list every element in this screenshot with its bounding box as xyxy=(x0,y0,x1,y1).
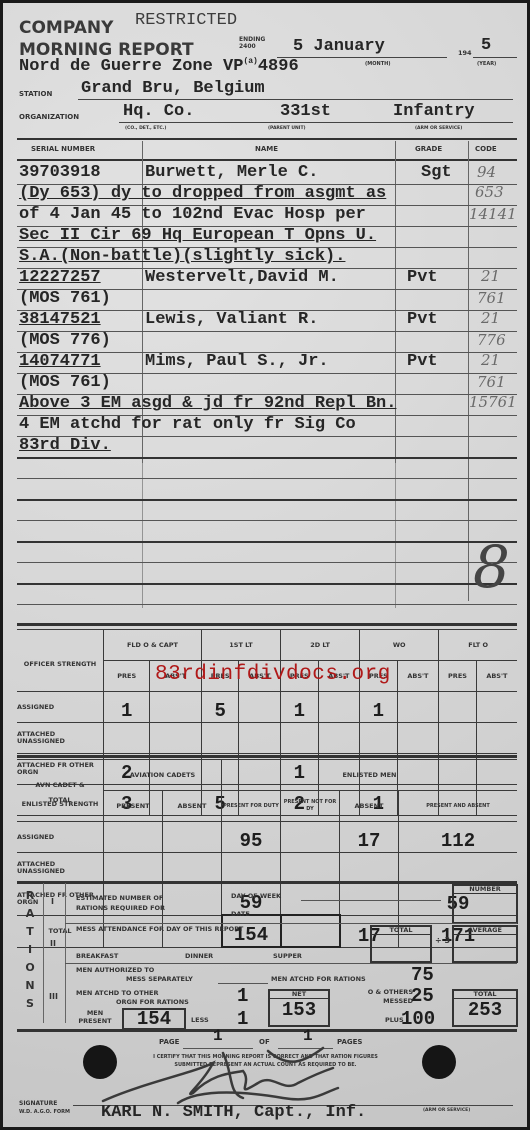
remark-line: of 4 Jan 45 to 102nd Evac Hosp per xyxy=(19,205,366,224)
box-label: NET xyxy=(270,991,328,999)
side-letter: T xyxy=(23,923,37,941)
number-box: NUMBER xyxy=(452,884,518,924)
label-line: MESSED xyxy=(343,997,413,1006)
rule xyxy=(17,520,517,521)
entry-row: 38147521 Lewis, Valiant R. Pvt xyxy=(19,310,469,329)
cell: 1 xyxy=(104,692,150,723)
net-value: 153 xyxy=(270,999,328,1021)
cell xyxy=(163,853,222,884)
cell xyxy=(318,723,360,754)
soldier-name: Burwett, Merle C. xyxy=(145,163,318,182)
mos-line: (MOS 761) xyxy=(19,373,111,392)
grand-total-value: 253 xyxy=(454,999,516,1021)
supper-label: SUPPER xyxy=(273,953,302,960)
ending-label: ENDING 2400 xyxy=(239,36,265,50)
label-line: O & OTHERS xyxy=(343,988,413,997)
auth-separately-line xyxy=(218,983,268,984)
plus-value: 100 xyxy=(401,1008,435,1030)
soldier-name: Westervelt,David M. xyxy=(145,268,339,287)
atchd-for-rations-value: 75 xyxy=(411,964,434,986)
margin-mark: 8 xyxy=(473,533,510,601)
arm-or-service-label: (ARM OR SERVICE) xyxy=(423,1107,470,1114)
men-present-box: 154 xyxy=(122,1008,186,1030)
subcol-header: PRES xyxy=(104,661,150,692)
others-messed-label: O & OTHERS MESSED xyxy=(343,988,413,1006)
code-mark: 776 xyxy=(477,331,506,349)
report-year: 5 xyxy=(481,36,491,55)
signature-label: SIGNATURE xyxy=(19,1100,57,1107)
rule xyxy=(17,604,517,605)
grade: Pvt xyxy=(407,310,438,329)
title-text: OFFICER STRENGTH xyxy=(24,660,96,668)
year-prefix: 194 xyxy=(458,50,472,57)
box-label: NUMBER xyxy=(454,886,516,894)
org-sub-label-3: (ARM OR SERVICE) xyxy=(415,125,462,132)
remark-line: 4 EM atchd for rat only fr Sig Co xyxy=(19,415,356,434)
label-line: RATIONS REQUIRED FOR xyxy=(76,903,165,913)
group-header: FLD O & CAPT xyxy=(104,630,202,661)
cell xyxy=(318,692,360,723)
cell xyxy=(104,853,163,884)
org-underline xyxy=(119,122,513,123)
grade: Sgt xyxy=(421,163,452,182)
rule xyxy=(17,583,517,585)
enlisted-strength-table: AVN CADET & ENLISTED STRENGTH AVIATION C… xyxy=(17,759,517,948)
group-header: 1ST LT xyxy=(201,630,280,661)
officer-strength-title: OFFICER STRENGTH xyxy=(17,630,104,692)
remark-line: 83rd Div. xyxy=(19,436,111,455)
section-rule xyxy=(17,623,517,626)
divider-serial-name-lower xyxy=(142,463,143,608)
date-underline xyxy=(277,57,447,58)
soldier-name: Lewis, Valiant R. xyxy=(145,310,318,329)
label-line: MEN ATCHD TO OTHER xyxy=(76,989,189,998)
cell: 5 xyxy=(201,692,238,723)
org-parent: 331st xyxy=(280,102,331,121)
side-letter: R xyxy=(23,887,37,905)
ending-label-bottom: 2400 xyxy=(239,43,265,50)
org-sub-label-2: (PARENT UNIT) xyxy=(268,125,306,132)
cell xyxy=(397,692,439,723)
group-header: FLT O xyxy=(439,630,517,661)
side-letter: A xyxy=(23,905,37,923)
cell xyxy=(150,723,202,754)
side-letter: S xyxy=(23,995,37,1013)
section-i-number: I xyxy=(51,898,54,905)
cell xyxy=(281,853,340,884)
subcol-header: ABS'T xyxy=(397,661,439,692)
day-of-week-label: DAY OF WEEK xyxy=(231,893,281,900)
box-label: AVERAGE xyxy=(454,927,516,935)
row-label: ASSIGNED xyxy=(17,692,104,723)
remark-line: Sec II Cir 69 Hq European T Opns U. xyxy=(19,226,376,245)
cell xyxy=(439,723,476,754)
section-rule xyxy=(17,881,517,884)
col-header-code: CODE xyxy=(475,146,497,153)
remark-line: (Dy 653) dy to dropped from asgmt as xyxy=(19,184,386,203)
org-sub-label-1: (CO., DET., ETC.) xyxy=(125,125,166,132)
estimated-rations-label: ESTIMATED NUMBER OF RATIONS REQUIRED FOR xyxy=(76,893,165,913)
divide-by-three: ÷ 3 xyxy=(435,937,450,944)
cell xyxy=(476,692,517,723)
station-value: Grand Bru, Belgium xyxy=(81,79,265,98)
atchd-for-rations-label: MEN ATCHD FOR RATIONS xyxy=(271,976,366,983)
cell xyxy=(340,853,399,884)
auth-separately-label: MEN AUTHORIZED TO MESS SEPARATELY xyxy=(76,966,193,984)
enlisted-row-attached-unassigned: ATTACHED UNASSIGNED xyxy=(17,853,517,884)
grid-reference: 4896 xyxy=(258,57,299,76)
subcol-header: PRESENT FOR DUTY xyxy=(222,791,281,822)
label-line: ORGN FOR RATIONS xyxy=(76,998,189,1007)
cell xyxy=(281,915,340,947)
group-header: 2D LT xyxy=(281,630,360,661)
rule xyxy=(17,478,517,479)
section-ii-number: II xyxy=(50,940,56,947)
signer-name: KARL N. SMITH, Capt., Inf. xyxy=(101,1103,366,1122)
divider xyxy=(43,883,44,1023)
others-messed-value: 25 xyxy=(411,985,434,1007)
cell: 17 xyxy=(340,822,399,853)
side-letter: I xyxy=(23,941,37,959)
enlisted-row-assigned: ASSIGNED 95 17 112 xyxy=(17,822,517,853)
code-mark: 21 xyxy=(481,351,500,369)
side-letter: N xyxy=(23,977,37,995)
ending-label-top: ENDING xyxy=(239,36,265,43)
label-line: ESTIMATED NUMBER OF xyxy=(76,893,165,903)
subcol-header: PRESENT NOT FOR DY xyxy=(281,791,340,822)
grand-total-box: TOTAL 253 xyxy=(452,989,518,1027)
punch-hole-right xyxy=(422,1045,456,1079)
group-header: AVIATION CADETS xyxy=(104,760,222,791)
entry-row: 14074771 Mims, Paul S., Jr. Pvt xyxy=(19,352,469,371)
month-label: (MONTH) xyxy=(365,61,391,68)
cell: 112 xyxy=(399,822,518,853)
cell xyxy=(397,723,439,754)
org-arm: Infantry xyxy=(393,102,475,121)
atchd-other-label: MEN ATCHD TO OTHER ORGN FOR RATIONS xyxy=(76,989,189,1007)
remark-line: Above 3 EM asgd & jd fr 92nd Repl Bn. xyxy=(19,394,396,413)
code-mark: 15761 xyxy=(469,393,517,411)
entry-row: 39703918 Burwett, Merle C. Sgt xyxy=(19,163,469,182)
cell xyxy=(360,723,397,754)
col-header-name: NAME xyxy=(255,146,278,153)
cell: 95 xyxy=(222,822,281,853)
breakfast-label: BREAKFAST xyxy=(76,953,118,960)
cell xyxy=(163,822,222,853)
col-header-grade: GRADE xyxy=(415,146,442,153)
box-label: TOTAL xyxy=(454,991,516,999)
label-line: MEN AUTHORIZED TO xyxy=(76,966,193,975)
net-box: NET 153 xyxy=(268,989,330,1027)
enlisted-strength-title: AVN CADET & ENLISTED STRENGTH xyxy=(17,760,104,822)
cell xyxy=(163,884,222,916)
cell xyxy=(150,692,202,723)
code-mark: 761 xyxy=(477,373,506,391)
date-label: DATE xyxy=(231,911,250,918)
subcol-header: ABSENT xyxy=(163,791,222,822)
org-unit: Hq. Co. xyxy=(123,102,194,121)
rations-side-label: R A T I O N S xyxy=(23,887,37,1013)
serial-number: 12227257 xyxy=(19,268,101,287)
cell xyxy=(439,692,476,723)
col-header-serial: SERIAL NUMBER xyxy=(31,146,95,153)
serial-number: 39703918 xyxy=(19,163,101,182)
serial-number: 38147521 xyxy=(19,310,101,329)
side-letter: O xyxy=(23,959,37,977)
form-title-line1: COMPANY xyxy=(19,18,113,38)
divider-name-grade-lower xyxy=(395,463,396,608)
officer-row-attached-unassigned: ATTACHED UNASSIGNED xyxy=(17,723,517,754)
form-number-label: W.D. A.G.O. FORM xyxy=(19,1109,70,1116)
rule xyxy=(17,499,517,501)
classification-stamp: RESTRICTED xyxy=(135,11,237,30)
title-text: AVN CADET & ENLISTED STRENGTH xyxy=(22,781,99,808)
box-label: TOTAL xyxy=(372,927,430,935)
organization-label: ORGANIZATION xyxy=(19,114,79,121)
grade: Pvt xyxy=(407,268,438,287)
group-header: ENLISTED MEN xyxy=(222,760,518,791)
label-line: MEN xyxy=(71,1009,119,1017)
men-present-value: 154 xyxy=(124,1010,184,1028)
rule xyxy=(17,457,517,459)
label-line: PRESENT xyxy=(71,1017,119,1025)
cell xyxy=(222,853,281,884)
remark-line: S.A.(Non-battle)(slightly sick). xyxy=(19,247,345,266)
subcol-header: ABS'T xyxy=(476,661,517,692)
less-label: LESS xyxy=(191,1017,209,1024)
cell xyxy=(476,723,517,754)
subcol-header: ABSENT xyxy=(340,791,399,822)
day-of-week-line xyxy=(301,900,441,901)
soldier-name: Mims, Paul S., Jr. xyxy=(145,352,329,371)
entries-header-rule xyxy=(17,159,517,161)
subcol-header: PRESENT xyxy=(104,791,163,822)
subcol-header: PRESENT AND ABSENT xyxy=(399,791,518,822)
men-present-label: MEN PRESENT xyxy=(71,1009,119,1025)
section-rule xyxy=(17,1029,517,1032)
mess-total-box: TOTAL xyxy=(370,925,432,963)
station-label: STATION xyxy=(19,91,52,98)
location-text: Nord de Guerre Zone VP xyxy=(19,57,243,76)
entries-top-rule xyxy=(17,138,517,140)
cell xyxy=(239,692,281,723)
row-label: ATTACHED UNASSIGNED xyxy=(17,853,104,884)
code-mark: 21 xyxy=(481,309,500,327)
cell: 1 xyxy=(360,692,397,723)
cell xyxy=(281,723,318,754)
mos-line: (MOS 776) xyxy=(19,331,111,350)
row-label: ASSIGNED xyxy=(17,822,104,853)
cell: 1 xyxy=(281,692,318,723)
divider xyxy=(65,883,66,1023)
location-line: Nord de Guerre Zone VP(a)4896 xyxy=(19,57,299,76)
report-date: 5 January xyxy=(293,37,385,56)
officer-row-assigned: ASSIGNED 1 5 1 1 xyxy=(17,692,517,723)
serial-number: 14074771 xyxy=(19,352,101,371)
entry-row: 12227257 Westervelt,David M. Pvt xyxy=(19,268,469,287)
code-mark: 14141 xyxy=(469,205,517,223)
average-box: AVERAGE xyxy=(452,925,518,963)
label-line: MESS SEPARATELY xyxy=(76,975,193,984)
subcol-header: PRES xyxy=(439,661,476,692)
cell xyxy=(281,822,340,853)
code-mark: 653 xyxy=(475,183,504,201)
morning-report-form: COMPANY RESTRICTED MORNING REPORT ENDING… xyxy=(3,3,527,1127)
year-label: (YEAR) xyxy=(477,61,496,68)
less-value: 1 xyxy=(237,1008,248,1030)
grade: Pvt xyxy=(407,352,438,371)
group-header: WO xyxy=(360,630,439,661)
rule xyxy=(17,541,517,543)
code-mark: 761 xyxy=(477,289,506,307)
dinner-label: DINNER xyxy=(185,953,213,960)
code-mark: 94 xyxy=(477,163,496,181)
section-iii-number: III xyxy=(49,993,58,1000)
cell xyxy=(104,822,163,853)
mess-attendance-label: MESS ATTENDANCE FOR DAY OF THIS REPORT xyxy=(76,926,243,933)
station-underline xyxy=(78,99,513,100)
section-rule xyxy=(17,755,517,758)
mos-line: (MOS 761) xyxy=(19,289,111,308)
watermark: 83rdinfdivdocs.org xyxy=(155,663,391,686)
rule xyxy=(65,923,517,924)
row-label: ATTACHED UNASSIGNED xyxy=(17,723,104,754)
rule xyxy=(65,963,517,964)
rule xyxy=(17,562,517,563)
cell xyxy=(239,723,281,754)
cell xyxy=(201,723,238,754)
cell xyxy=(399,853,518,884)
code-mark: 21 xyxy=(481,267,500,285)
year-underline xyxy=(473,57,517,58)
atchd-other-value: 1 xyxy=(237,985,248,1007)
cell xyxy=(104,723,150,754)
